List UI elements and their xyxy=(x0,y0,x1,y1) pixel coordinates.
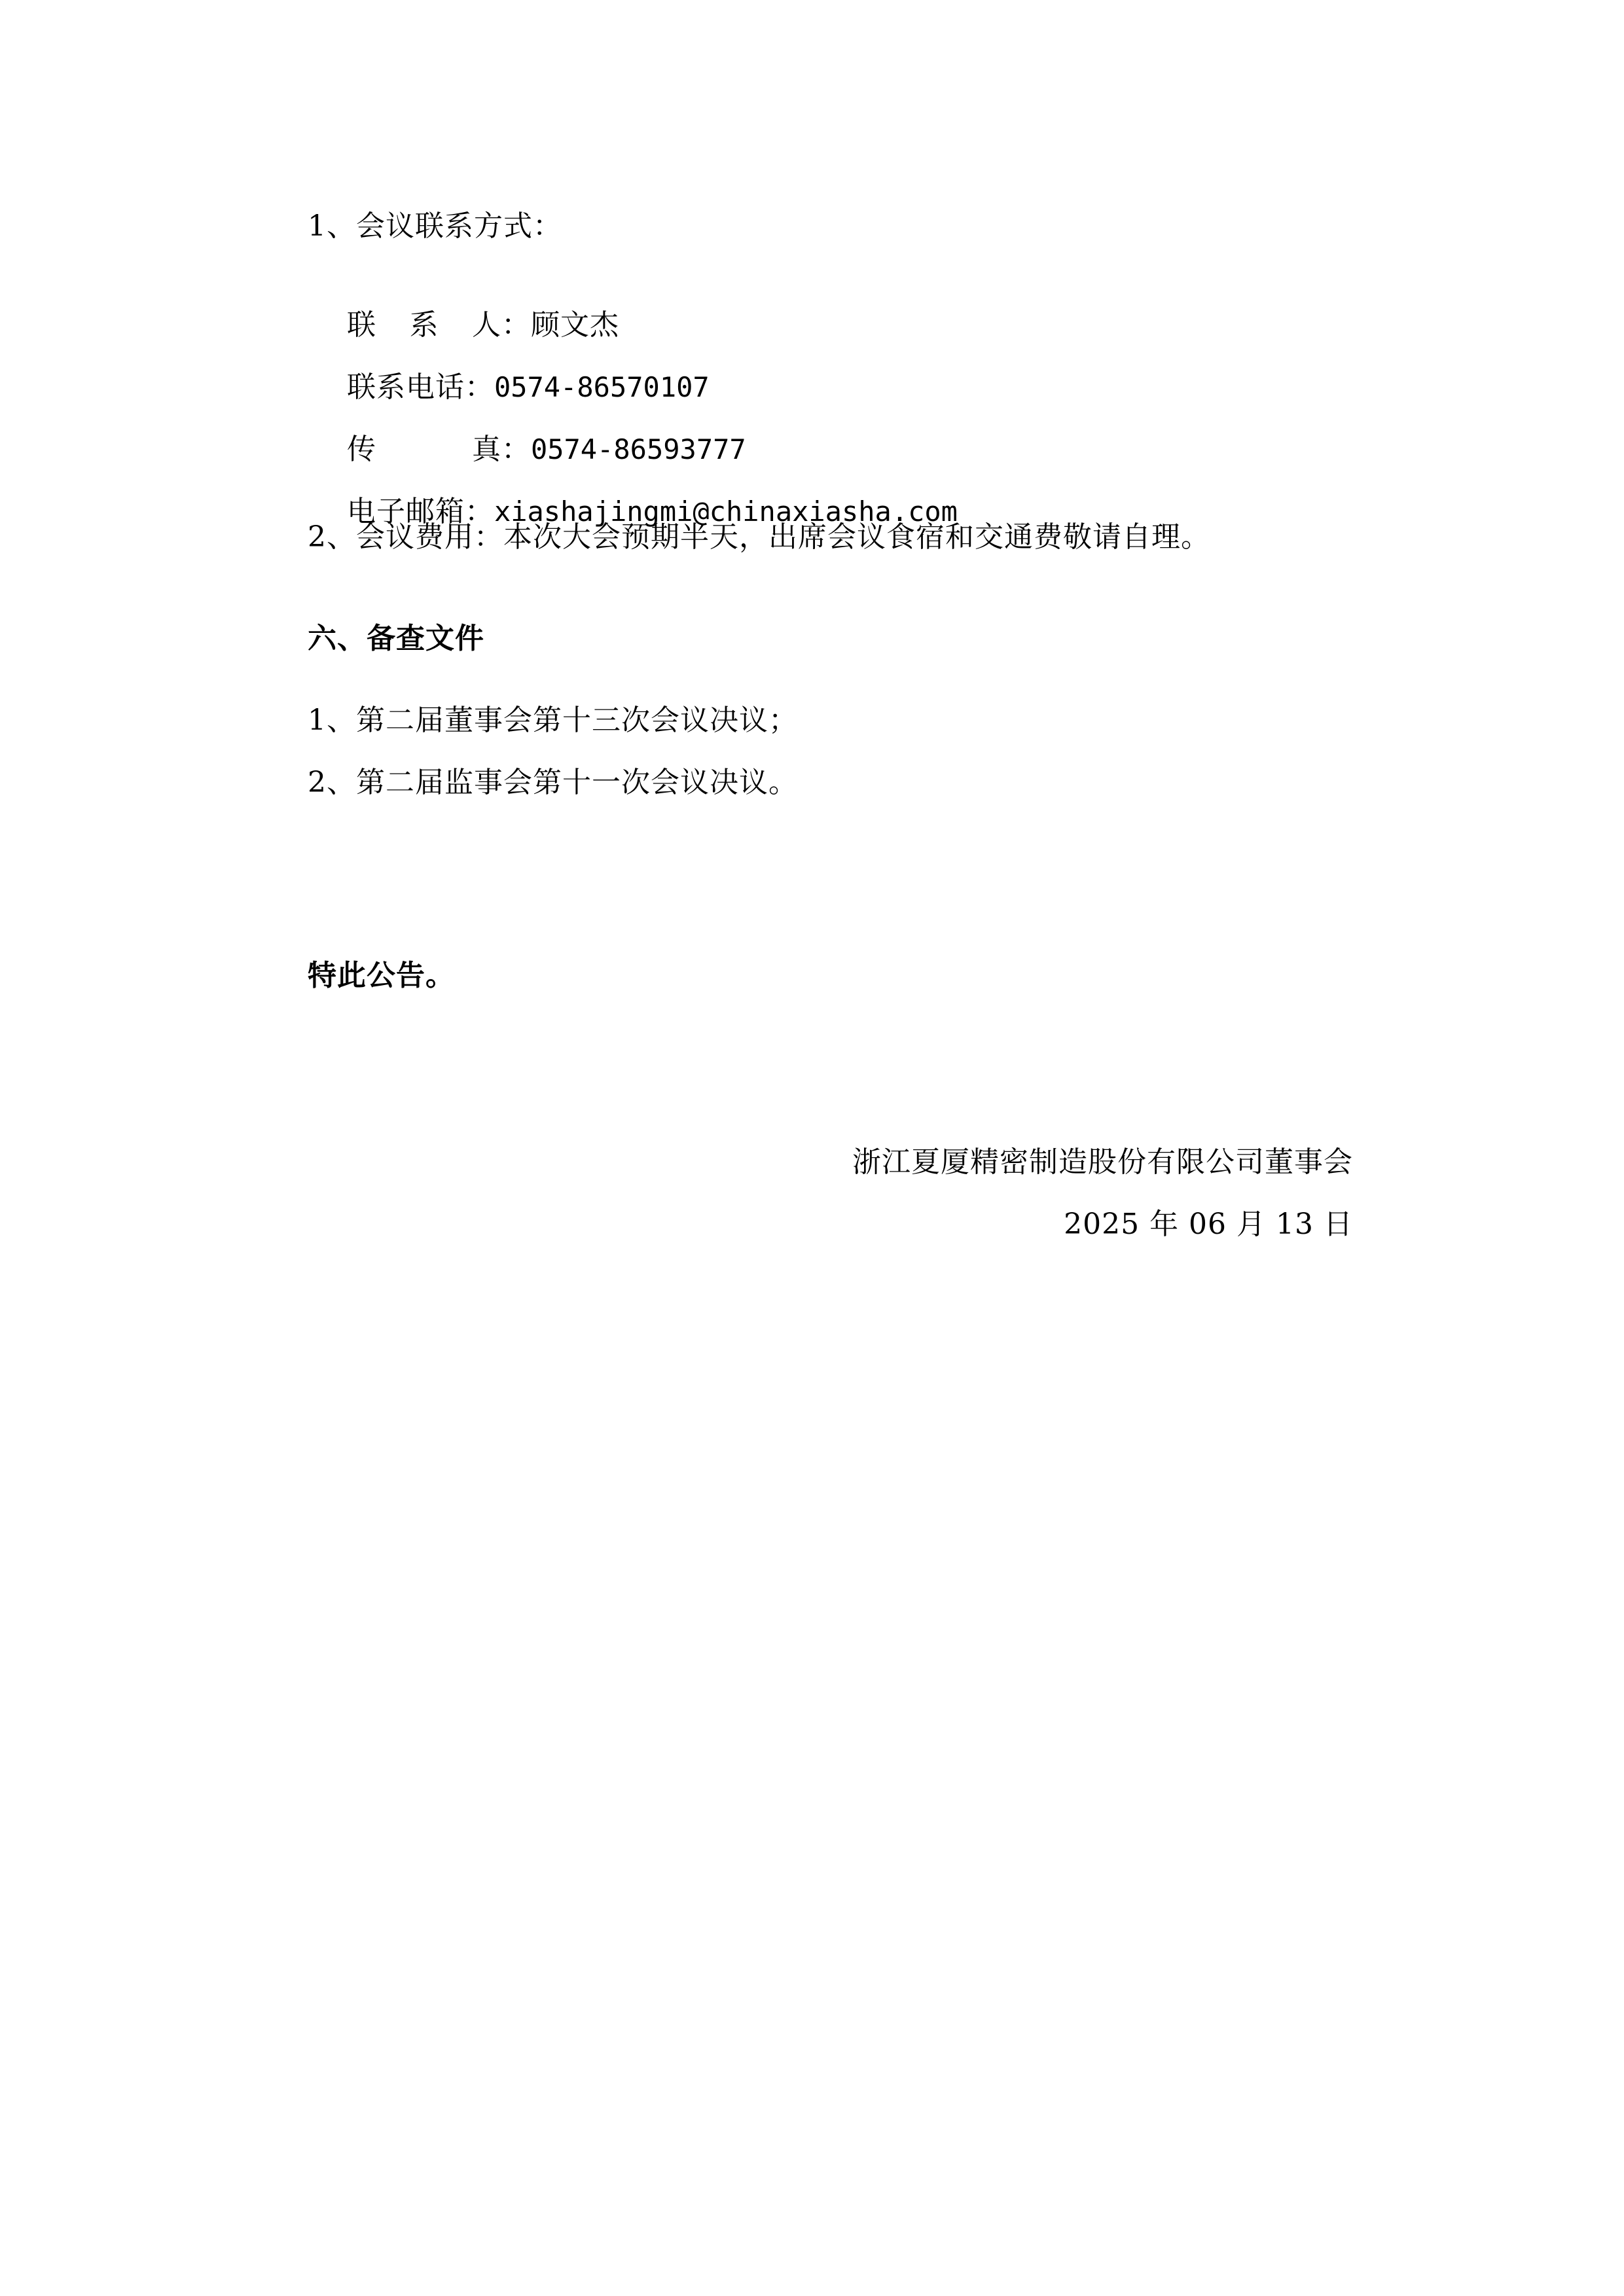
contact-heading: 1、会议联系方式： xyxy=(308,208,562,245)
document-page: 1、会议联系方式： 联 系 人 ：顾文杰 联系电话：0574-86570107 … xyxy=(0,0,1624,2296)
section-heading-backup-documents: 六、备查文件 xyxy=(308,620,484,657)
fees-paragraph: 2、会议费用：本次大会预期半天，出席会议食宿和交通费敬请自理。 xyxy=(308,519,1210,556)
signature-company: 浙江夏厦精密制造股份有限公司董事会 xyxy=(852,1144,1353,1181)
closing-statement: 特此公告。 xyxy=(308,958,455,994)
backup-document-item: 1、第二届董事会第十三次会议决议； xyxy=(308,702,798,739)
backup-document-item: 2、第二届监事会第十一次会议决议。 xyxy=(308,764,798,801)
signature-date: 2025 年 06 月 13 日 xyxy=(1064,1206,1353,1243)
